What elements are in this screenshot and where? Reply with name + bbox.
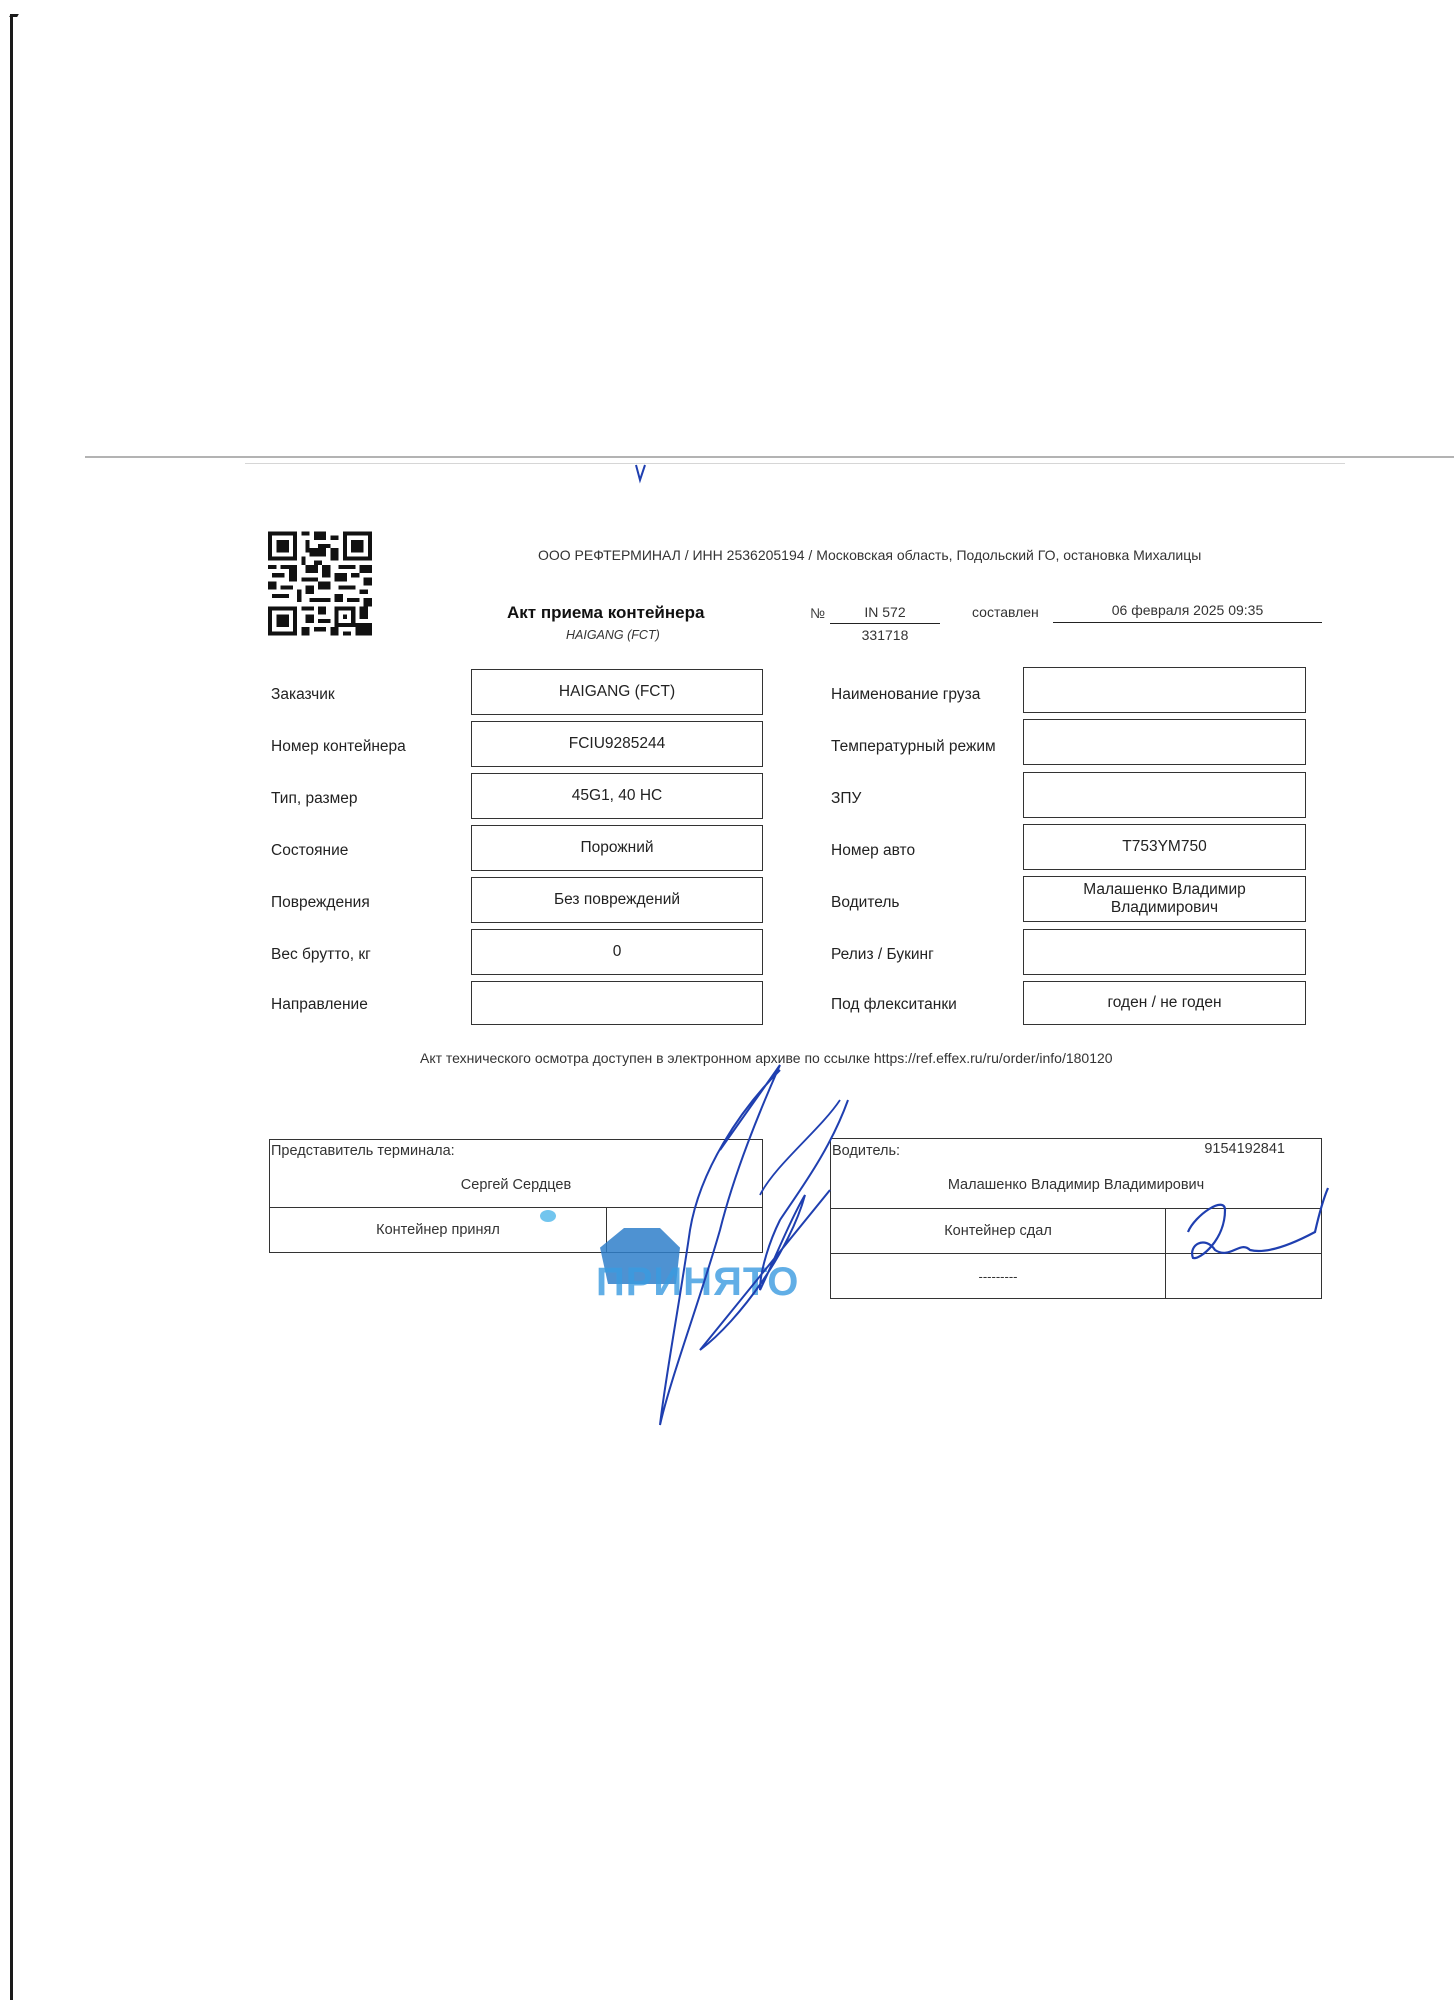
driver-handed-over-label: Контейнер сдал [831, 1223, 1165, 1239]
driver-placeholder: --------- [831, 1269, 1165, 1284]
field-value-damage: Без повреждений [471, 877, 763, 923]
field-value-driver: Малашенко Владимир Владимирович [1023, 876, 1306, 922]
field-label-vehicle-number: Номер авто [831, 842, 915, 860]
document-number: IN 572 [830, 604, 940, 620]
field-value-container-number: FCIU9285244 [471, 721, 763, 767]
field-label-direction: Направление [271, 996, 368, 1014]
field-value-cargo-name [1023, 667, 1306, 713]
qr-code-icon [268, 531, 372, 636]
date-underline [1053, 622, 1322, 623]
field-value-condition: Порожний [471, 825, 763, 871]
field-label-release-booking: Релиз / Букинг [831, 946, 934, 964]
document-subnumber: 331718 [830, 627, 940, 643]
terminal-rep-name: Сергей Сердцев [270, 1177, 762, 1193]
document-subtitle: HAIGANG (FCT) [566, 628, 660, 642]
field-value-seal [1023, 772, 1306, 818]
field-label-customer: Заказчик [271, 686, 335, 704]
driver-header: Водитель: [832, 1143, 900, 1159]
document-title: Акт приема контейнера [507, 603, 704, 623]
field-label-type-size: Тип, размер [271, 790, 358, 808]
field-value-customer: HAIGANG (FCT) [471, 669, 763, 715]
scan-edge-hook [9, 14, 19, 17]
stamp-dot [540, 1210, 556, 1222]
field-label-damage: Повреждения [271, 894, 370, 912]
divider [270, 1207, 762, 1208]
divider [831, 1208, 1321, 1209]
field-label-cargo-name: Наименование груза [831, 686, 980, 704]
driver-signature-block: Водитель: 9154192841 Малашенко Владимир … [830, 1138, 1322, 1299]
page-fold-shadow [245, 463, 1345, 464]
field-label-gross-weight: Вес брутто, кг [271, 946, 371, 964]
made-label: составлен [972, 604, 1039, 620]
field-value-temperature [1023, 719, 1306, 765]
field-value-gross-weight: 0 [471, 929, 763, 975]
field-label-seal: ЗПУ [831, 790, 861, 808]
field-value-direction [471, 981, 763, 1025]
field-value-type-size: 45G1, 40 HC [471, 773, 763, 819]
driver-name: Малашенко Владимир Владимирович [831, 1177, 1321, 1193]
stamp-text: ПРИНЯТО [596, 1260, 799, 1305]
terminal-rep-header: Представитель терминала: [271, 1143, 455, 1159]
field-label-temperature: Температурный режим [831, 738, 996, 756]
document-date: 06 февраля 2025 09:35 [1053, 602, 1322, 618]
field-label-driver: Водитель [831, 894, 899, 912]
company-info: ООО РЕФТЕРМИНАЛ / ИНН 2536205194 / Моско… [538, 547, 1201, 563]
field-value-flexitank: годен / не годен [1023, 981, 1306, 1025]
number-sign: № [810, 605, 825, 621]
driver-phone: 9154192841 [1204, 1141, 1285, 1157]
page-fold-line [85, 456, 1454, 458]
archive-note: Акт технического осмотра доступен в элек… [420, 1050, 1113, 1066]
scan-edge-line [10, 14, 13, 2000]
number-underline [830, 623, 940, 624]
field-value-release-booking [1023, 929, 1306, 975]
field-label-container-number: Номер контейнера [271, 738, 406, 756]
field-label-flexitank: Под флекситанки [831, 996, 957, 1014]
terminal-accepted-label: Контейнер принял [270, 1222, 606, 1238]
divider [831, 1253, 1321, 1254]
field-label-condition: Состояние [271, 842, 348, 860]
terminal-signature-block: Представитель терминала: Сергей Сердцев … [269, 1139, 763, 1253]
field-value-vehicle-number: T753YM750 [1023, 824, 1306, 870]
